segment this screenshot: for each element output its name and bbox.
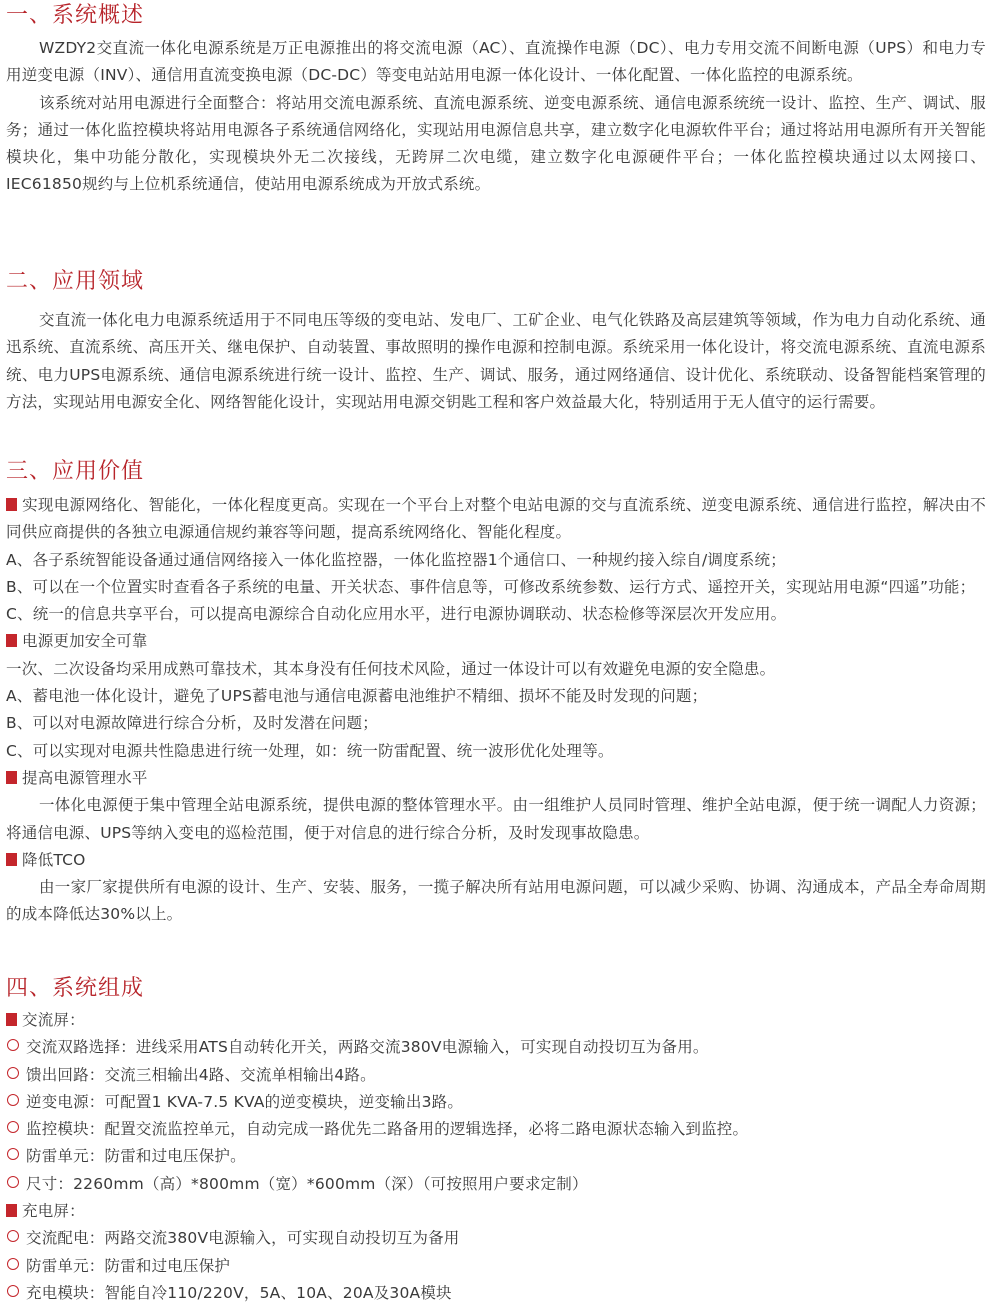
red-square-bullet-icon bbox=[6, 771, 17, 784]
group-charging-panel: 充电屏： 交流配电：两路交流380V电源输入，可实现自动投切互为备用 防雷单元：… bbox=[6, 1198, 986, 1307]
value-line: B、可以对电源故障进行综合分析，及时发潜在问题； bbox=[6, 710, 986, 737]
section-overview: 一、系统概述 WZDY2交直流一体化电源系统是万正电源推出的将交流电源（AC）、… bbox=[6, 0, 986, 199]
circle-bullet-icon bbox=[7, 1176, 19, 1188]
paragraph: 该系统对站用电源进行全面整合：将站用交流电源系统、直流电源系统、逆变电源系统、通… bbox=[6, 90, 986, 199]
circle-bullet-icon bbox=[7, 1258, 19, 1270]
section-application-value: 三、应用价值 实现电源网络化、智能化，一体化程度更高。实现在一个平台上对整个电站… bbox=[6, 456, 986, 929]
value-heading: 提高电源管理水平 bbox=[6, 765, 986, 792]
red-square-bullet-icon bbox=[6, 1204, 17, 1217]
circle-bullet-icon bbox=[7, 1230, 19, 1242]
circle-bullet-icon bbox=[7, 1039, 19, 1051]
group-heading: 充电屏： bbox=[6, 1198, 986, 1225]
value-heading: 电源更加安全可靠 bbox=[6, 628, 986, 655]
list-item: 馈出回路：交流三相输出4路、交流单相输出4路。 bbox=[6, 1062, 986, 1089]
value-line: C、统一的信息共享平台，可以提高电源综合自动化应用水平，进行电源协调联动、状态检… bbox=[6, 601, 986, 628]
value-line: 一次、二次设备均采用成熟可靠技术，其本身没有任何技术风险，通过一体设计可以有效避… bbox=[6, 656, 986, 683]
red-square-bullet-icon bbox=[6, 853, 17, 866]
value-heading: 降低TCO bbox=[6, 847, 986, 874]
section-title: 二、应用领域 bbox=[6, 266, 986, 298]
section-title: 四、系统组成 bbox=[6, 973, 986, 1005]
list-item: 交流双路选择：进线采用ATS自动转化开关，两路交流380V电源输入，可实现自动投… bbox=[6, 1034, 986, 1061]
list-item: 监控模块：配置交流监控单元，自动完成一路优先二路备用的逻辑选择，必将二路电源状态… bbox=[6, 1116, 986, 1143]
list-item: 防雷单元：防雷和过电压保护 bbox=[6, 1253, 986, 1280]
group-heading: 交流屏： bbox=[6, 1007, 986, 1034]
paragraph: 一体化电源便于集中管理全站电源系统，提供电源的整体管理水平。由一组维护人员同时管… bbox=[6, 792, 986, 847]
section-title: 一、系统概述 bbox=[6, 0, 986, 32]
circle-bullet-icon bbox=[7, 1094, 19, 1106]
list-item: 尺寸：2260mm（高）*800mm（宽）*600mm（深）（可按照用户要求定制… bbox=[6, 1171, 986, 1198]
group-ac-panel: 交流屏： 交流双路选择：进线采用ATS自动转化开关，两路交流380V电源输入，可… bbox=[6, 1007, 986, 1198]
value-line: A、蓄电池一体化设计，避免了UPS蓄电池与通信电源蓄电池维护不精细、损坏不能及时… bbox=[6, 683, 986, 710]
section-system-composition: 四、系统组成 交流屏： 交流双路选择：进线采用ATS自动转化开关，两路交流380… bbox=[6, 973, 986, 1307]
red-square-bullet-icon bbox=[6, 1013, 17, 1026]
value-line: B、可以在一个位置实时查看各子系统的电量、开关状态、事件信息等，可修改系统参数、… bbox=[6, 574, 986, 601]
list-item: 充电模块：智能自冷110/220V，5A、10A、20A及30A模块 bbox=[6, 1280, 986, 1307]
paragraph: WZDY2交直流一体化电源系统是万正电源推出的将交流电源（AC）、直流操作电源（… bbox=[6, 35, 986, 90]
value-block-networking: 实现电源网络化、智能化，一体化程度更高。实现在一个平台上对整个电站电源的交与直流… bbox=[6, 492, 986, 628]
section-application-fields: 二、应用领域 交直流一体化电力电源系统适用于不同电压等级的变电站、发电厂、工矿企… bbox=[6, 266, 986, 416]
circle-bullet-icon bbox=[7, 1285, 19, 1297]
paragraph: 交直流一体化电力电源系统适用于不同电压等级的变电站、发电厂、工矿企业、电气化铁路… bbox=[6, 307, 986, 416]
value-line: A、各子系统智能设备通过通信网络接入一体化监控器，一体化监控器1个通信口、一种规… bbox=[6, 547, 986, 574]
list-item: 逆变电源：可配置1 KVA-7.5 KVA的逆变模块，逆变输出3路。 bbox=[6, 1089, 986, 1116]
circle-bullet-icon bbox=[7, 1121, 19, 1133]
value-heading: 实现电源网络化、智能化，一体化程度更高。实现在一个平台上对整个电站电源的交与直流… bbox=[6, 492, 986, 547]
value-line: C、可以实现对电源共性隐患进行统一处理，如：统一防雷配置、统一波形优化处理等。 bbox=[6, 738, 986, 765]
list-item: 防雷单元：防雷和过电压保护。 bbox=[6, 1143, 986, 1170]
circle-bullet-icon bbox=[7, 1148, 19, 1160]
circle-bullet-icon bbox=[7, 1067, 19, 1079]
value-block-tco: 降低TCO 由一家厂家提供所有电源的设计、生产、安装、服务，一揽子解决所有站用电… bbox=[6, 847, 986, 929]
paragraph: 由一家厂家提供所有电源的设计、生产、安装、服务，一揽子解决所有站用电源问题，可以… bbox=[6, 874, 986, 929]
section-title: 三、应用价值 bbox=[6, 456, 986, 488]
list-item: 交流配电：两路交流380V电源输入，可实现自动投切互为备用 bbox=[6, 1225, 986, 1252]
red-square-bullet-icon bbox=[6, 634, 17, 647]
red-square-bullet-icon bbox=[6, 498, 17, 511]
value-block-safety: 电源更加安全可靠 一次、二次设备均采用成熟可靠技术，其本身没有任何技术风险，通过… bbox=[6, 628, 986, 764]
value-block-management: 提高电源管理水平 一体化电源便于集中管理全站电源系统，提供电源的整体管理水平。由… bbox=[6, 765, 986, 847]
